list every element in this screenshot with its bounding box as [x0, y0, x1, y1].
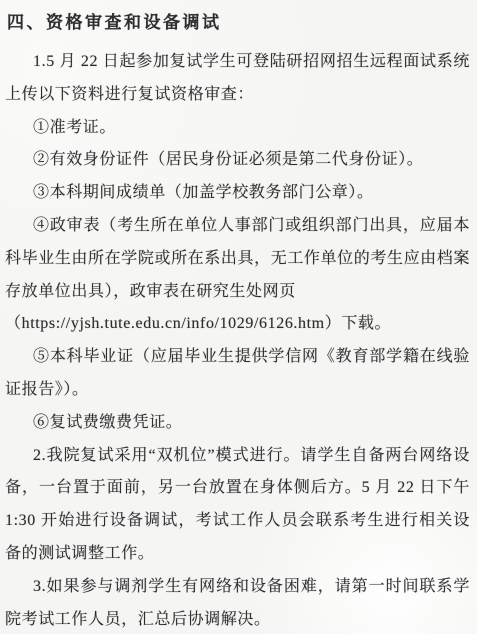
item-fee-receipt: ⑥复试费缴费凭证。	[5, 407, 470, 440]
para-download-url: （https://yjsh.tute.edu.cn/info/1029/6126…	[5, 308, 470, 341]
item-admission-ticket: ①准考证。	[5, 112, 470, 145]
para-upload-instructions: 1.5 月 22 日起参加复试学生可登陆研招网招生远程面试系统上传以下资料进行复…	[5, 46, 470, 112]
item-diploma: ⑤本科毕业证（应届毕业生提供学信网《教育部学籍在线验证报告》）。	[5, 341, 470, 407]
item-id-card: ②有效身份证件（居民身份证必须是第二代身份证）。	[5, 144, 470, 177]
item-transcript: ③本科期间成绩单（加盖学校教务部门公章）。	[5, 177, 470, 210]
item-political-review-form: ④政审表（考生所在单位人事部门或组织部门出具，应届本科毕业生由所在学院或所在系出…	[5, 210, 470, 308]
para-dual-camera-mode: 2.我院复试采用“双机位”模式进行。请学生自备两台网络设备，一台置于面前，另一台…	[5, 440, 470, 571]
section-heading: 四、资格审查和设备调试	[7, 6, 470, 39]
para-contact-staff: 3.如果参与调剂学生有网络和设备困难，请第一时间联系学院考试工作人员，汇总后协调…	[5, 571, 470, 634]
scanned-document-page: 四、资格审查和设备调试 1.5 月 22 日起参加复试学生可登陆研招网招生远程面…	[0, 0, 477, 634]
